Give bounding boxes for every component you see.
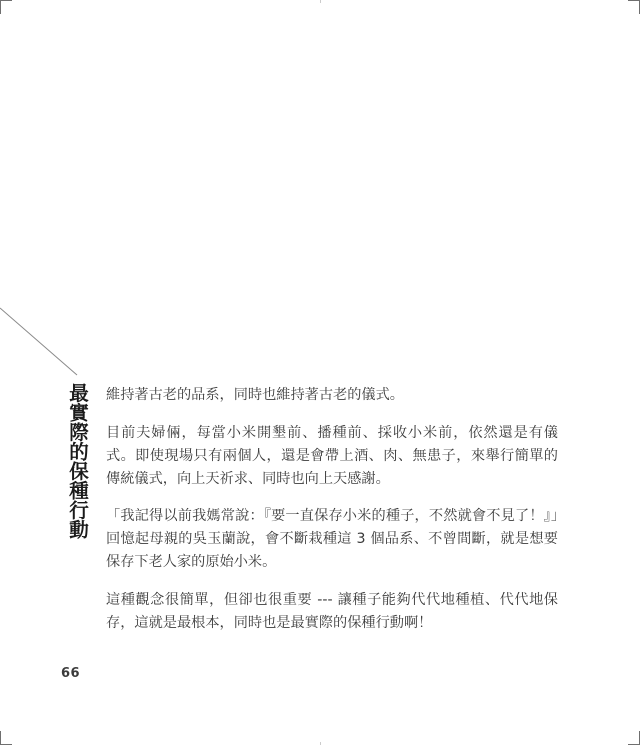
crop-mark-bottom-left-v	[0, 731, 1, 745]
center-tick-top	[320, 0, 321, 3]
body-text: 維持著古老的品系，同時也維持著古老的儀式。 目前夫婦倆，每當小米開墾前、播種前、…	[106, 384, 558, 649]
crop-mark-top-left-v	[0, 0, 1, 14]
crop-mark-top-left-h	[0, 0, 12, 1]
chapter-title-vertical: 最實際的保種行動	[63, 383, 87, 539]
paragraph-2: 目前夫婦倆，每當小米開墾前、播種前、採收小米前，依然還是有儀式。即使現場只有兩個…	[106, 422, 558, 491]
paragraph-1: 維持著古老的品系，同時也維持著古老的儀式。	[106, 384, 558, 407]
paragraph-4: 這種觀念很簡單，但卻也很重要 --- 讓種子能夠代代地種植、代代地保存，這就是最…	[106, 589, 558, 635]
page-number: 66	[61, 666, 80, 681]
paragraph-3: 「我記得以前我媽常說：『要一直保存小米的種子，不然就會不見了！』」回憶起母親的吳…	[106, 505, 558, 574]
